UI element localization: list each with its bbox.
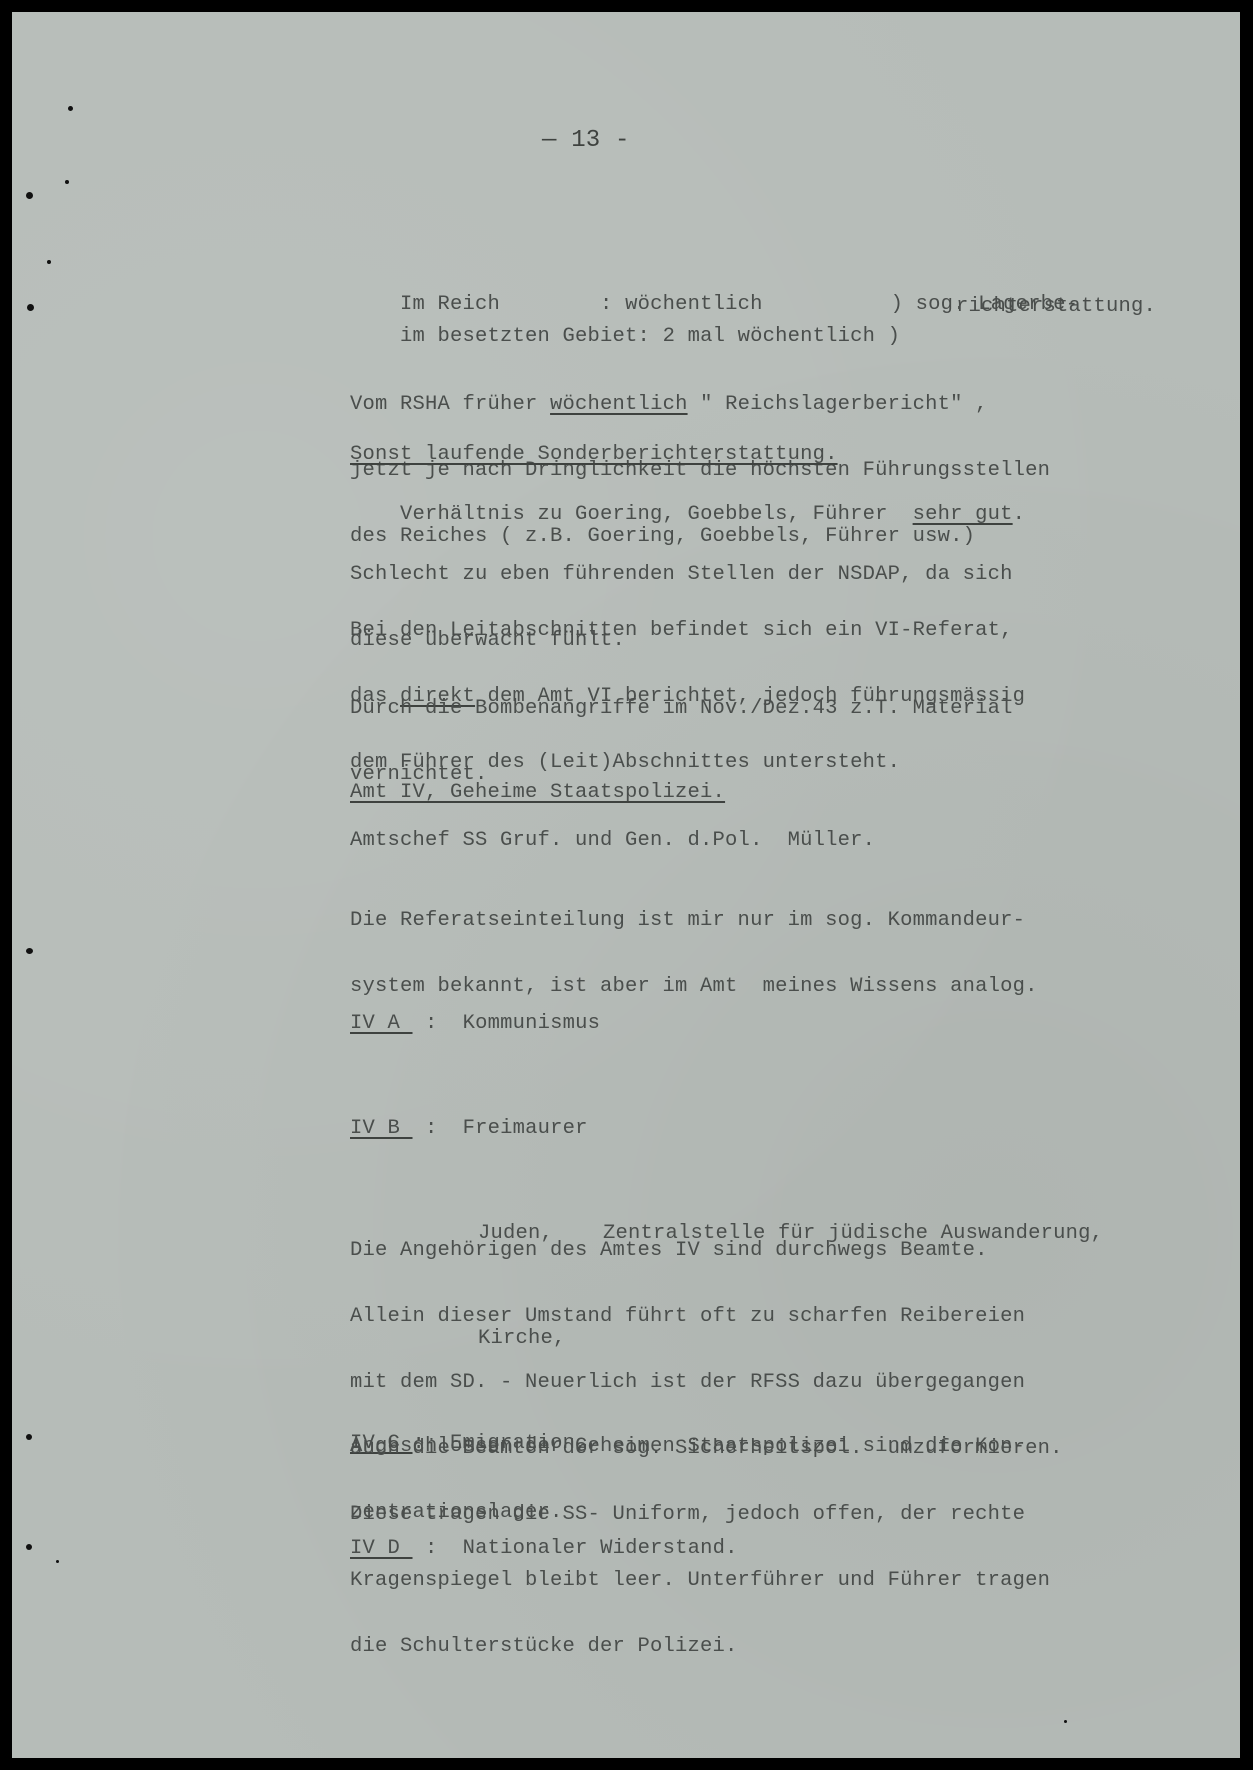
referat-text: Kommunismus <box>463 1012 601 1035</box>
section-heading: Amt IV, Geheime Staatspolizei. <box>350 782 725 804</box>
referat-code: IV A <box>350 1012 413 1035</box>
reporting-note-2: richterstattung. <box>956 296 1156 318</box>
margin-mark <box>47 260 51 264</box>
margin-mark <box>26 1434 32 1440</box>
referat-item: IV A : Kommunismus <box>350 1006 1103 1041</box>
margin-mark <box>68 106 73 111</box>
underlined-heading: Sonst laufende Sonderberichterstattung. <box>350 444 838 466</box>
margin-mark <box>26 1544 32 1550</box>
paragraph-konzentrationslager: Angeschlossen der Geheimen Staatspolizei… <box>350 1392 1025 1568</box>
reporting-label: im besetzten Gebiet: <box>400 325 650 348</box>
underlined-word: wöchentlich <box>550 393 688 416</box>
section-chief: Amtschef SS Gruf. und Gen. d.Pol. Müller… <box>350 830 875 852</box>
margin-mark <box>26 948 33 954</box>
margin-mark <box>65 180 69 184</box>
referat-item: IV B : Freimaurer <box>350 1111 1103 1146</box>
margin-mark <box>26 192 33 199</box>
document-page: — 13 - Im Reich: wöchentlich) sog. Lager… <box>12 12 1240 1758</box>
referat-code: IV B <box>350 1117 413 1140</box>
page-number: — 13 - <box>542 130 630 152</box>
referat-text: Freimaurer <box>463 1117 588 1140</box>
margin-mark <box>56 1560 59 1563</box>
margin-mark <box>1064 1720 1067 1723</box>
reporting-value: 2 mal wöchentlich <box>663 325 876 348</box>
margin-mark <box>27 304 34 311</box>
